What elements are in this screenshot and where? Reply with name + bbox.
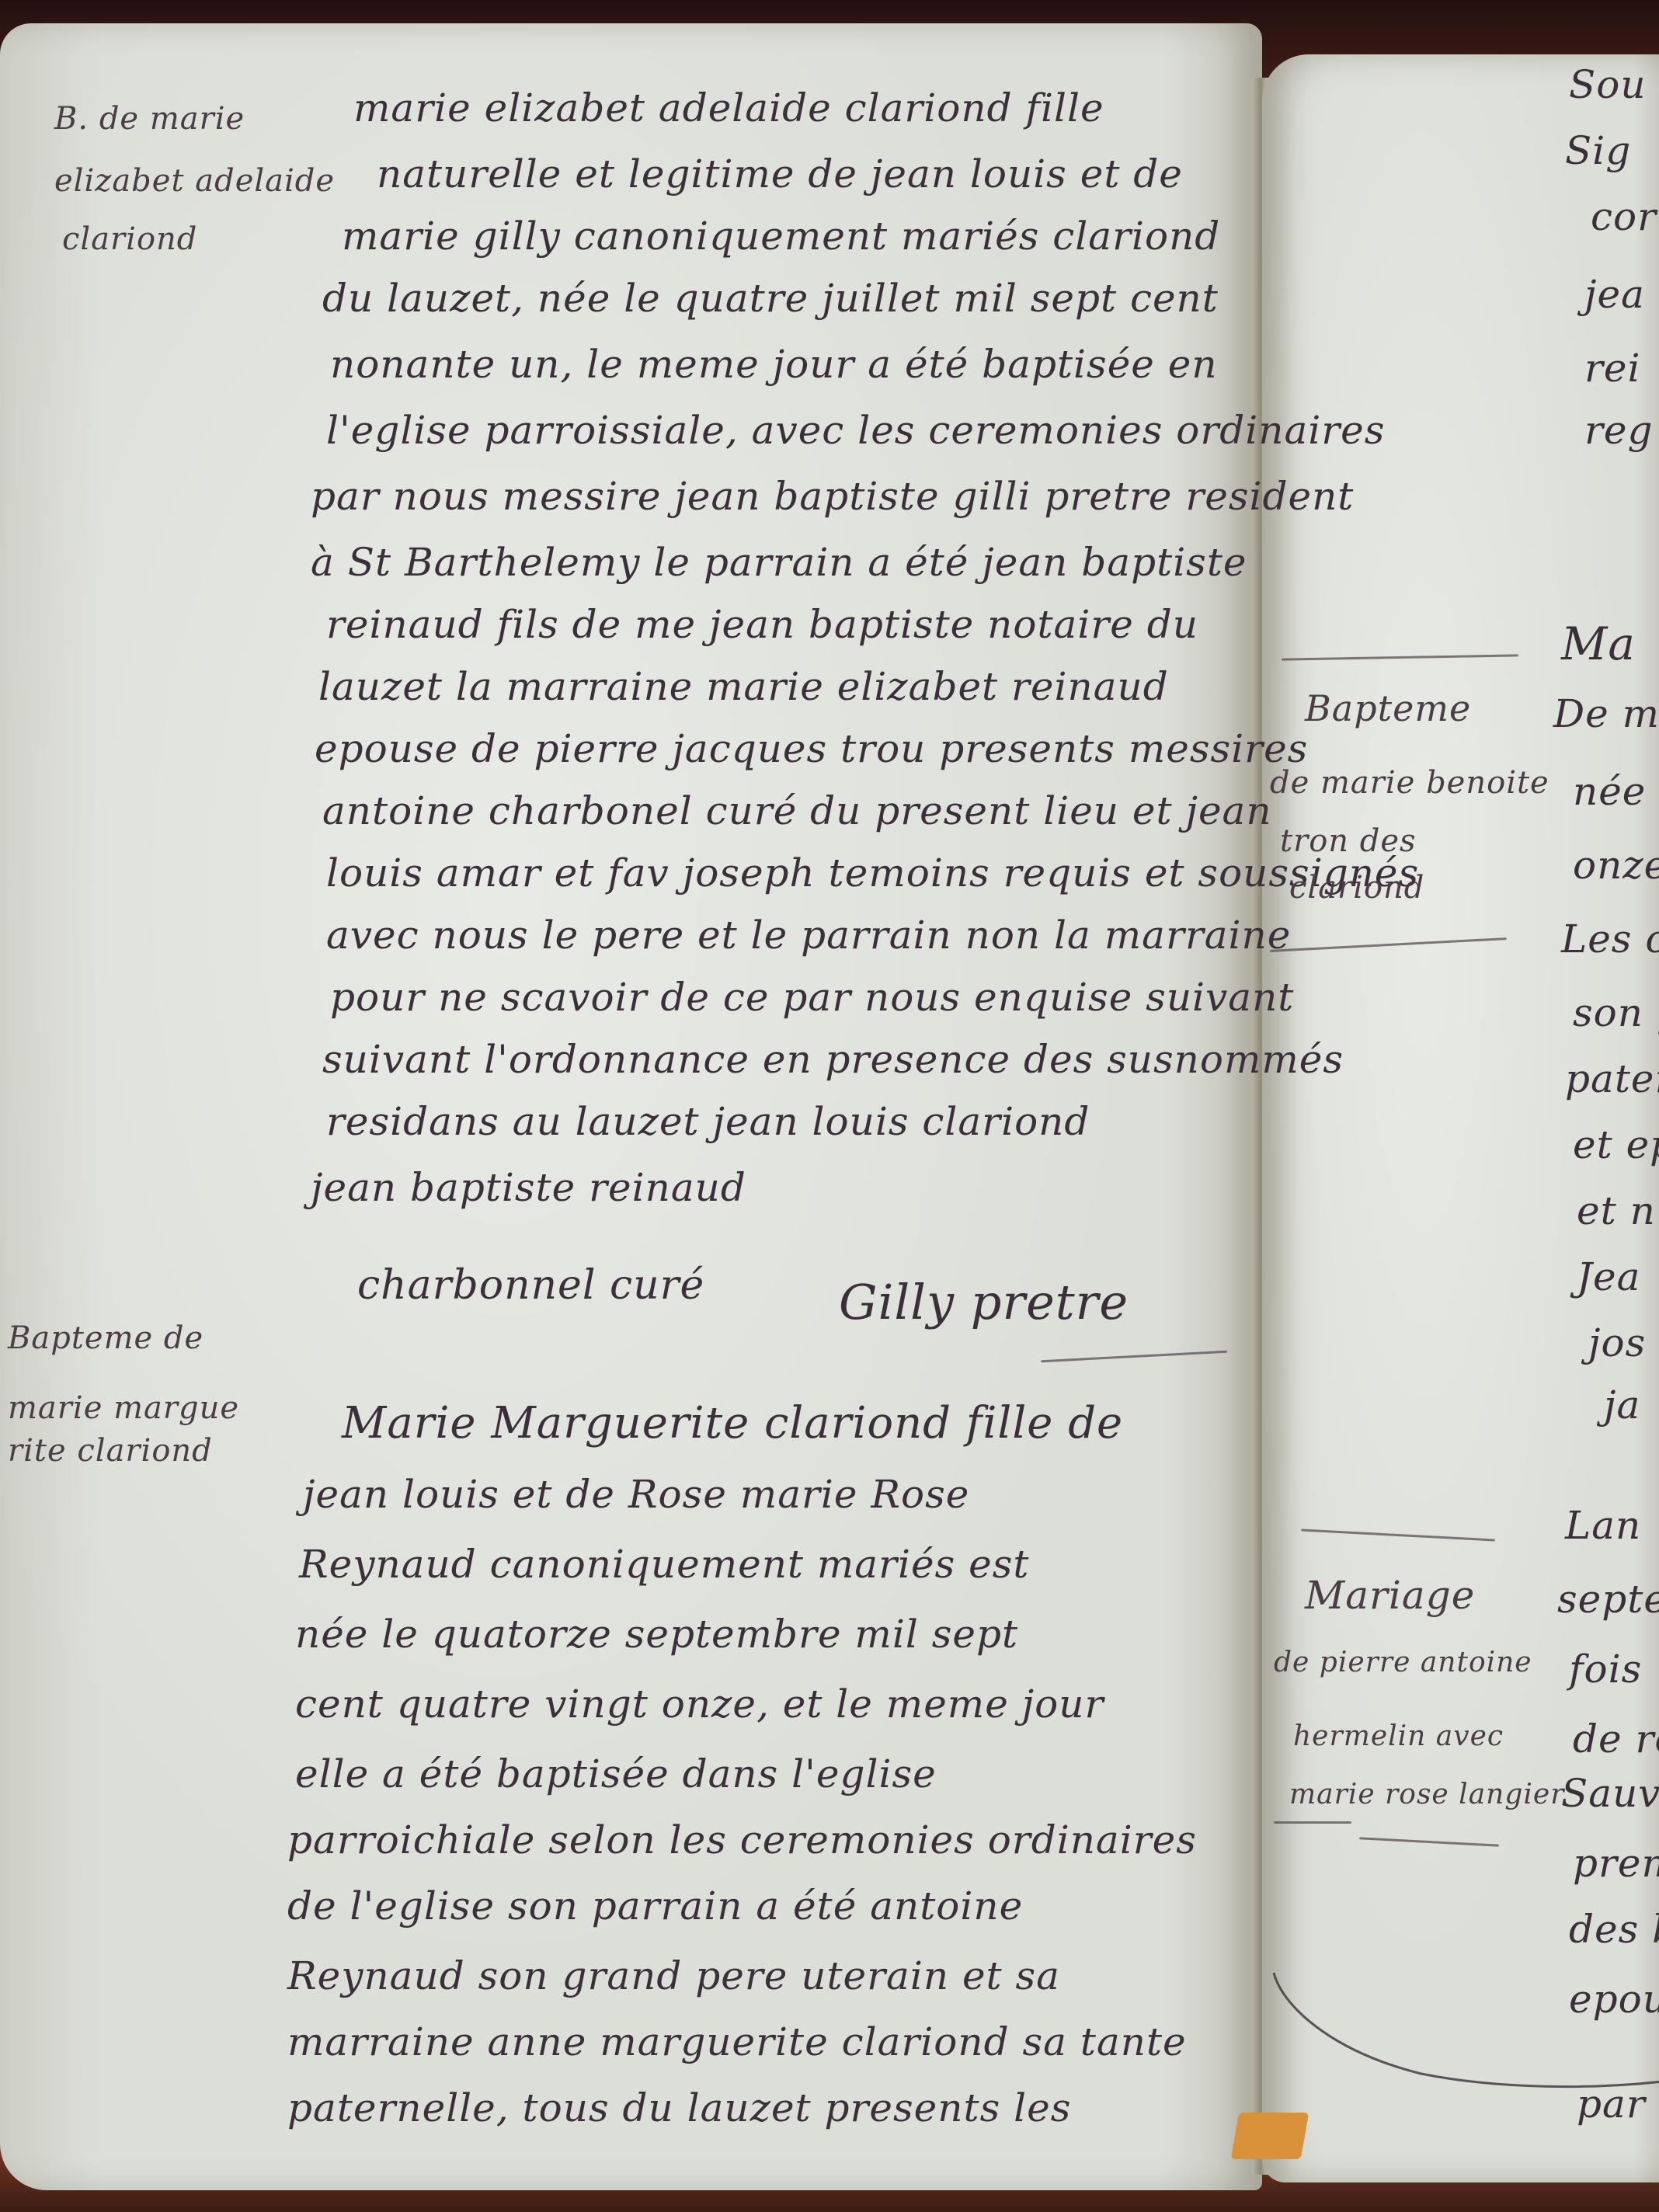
entry-1-line-6: l'eglise parroissiale, avec les ceremoni…	[326, 408, 1385, 453]
right-margin-note-2-line-4: marie rose langier	[1289, 1779, 1564, 1810]
entry-1-line-4: du lauzet, née le quatre juillet mil sep…	[322, 276, 1219, 321]
right-text-fragment: ja	[1604, 1382, 1640, 1428]
right-text-fragment: onze	[1573, 843, 1659, 888]
rule-line	[1274, 1821, 1351, 1824]
entry-1-line-11: epouse de pierre jacques trou presents m…	[315, 726, 1308, 771]
right-text-fragment: cor	[1591, 194, 1657, 239]
entry-2-line-3: Reynaud canoniquement mariés est	[299, 1542, 1030, 1587]
right-text-fragment: jos	[1588, 1320, 1646, 1365]
right-text-fragment: premi	[1573, 1841, 1659, 1886]
entry-1-line-2: naturelle et legitime de jean louis et d…	[377, 151, 1183, 197]
right-text-fragment: et n	[1577, 1188, 1656, 1233]
entry-2-line-1: Marie Marguerite clariond fille de	[342, 1398, 1123, 1449]
margin-note-2-line-3: rite clariond	[8, 1433, 213, 1469]
entry-1-line-9: reinaud fils de me jean baptiste notaire…	[326, 602, 1198, 647]
right-margin-note-2-line-2: de pierre antoine	[1274, 1647, 1532, 1678]
signature-gilly: Gilly pretre	[839, 1274, 1129, 1330]
signature-charbonnel: charbonnel curé	[357, 1262, 704, 1309]
right-margin-note-2-line-1: Mariage	[1305, 1573, 1475, 1618]
entry-1-line-16: suivant l'ordonnance en presence des sus…	[322, 1037, 1344, 1082]
right-text-fragment: jea	[1584, 272, 1645, 317]
right-text-fragment: septem	[1557, 1577, 1659, 1622]
entry-1-line-3: marie gilly canoniquement mariés clarion…	[342, 214, 1220, 259]
entry-1-line-18: jean baptiste reinaud	[311, 1165, 746, 1210]
right-text-fragment: Sauvan	[1561, 1771, 1659, 1816]
bookmark-tab	[1231, 2113, 1309, 2159]
entry-2-line-9: Reynaud son grand pere uterain et sa	[287, 1953, 1060, 1998]
entry-2-line-7: parroichiale selon les ceremonies ordina…	[287, 1817, 1197, 1862]
margin-note-1-line-2: elizabet adelaide	[54, 163, 335, 199]
margin-note-2-line-2: marie margue	[8, 1390, 239, 1426]
entry-2-line-8: de l'eglise son parrain a été antoine	[287, 1883, 1023, 1929]
closing-flourish-curve	[1266, 1957, 1659, 2113]
right-margin-note-1-line-1: Bapteme	[1305, 687, 1471, 729]
entry-2-line-10: marraine anne marguerite clariond sa tan…	[287, 2019, 1187, 2064]
entry-1-line-8: à St Barthelemy le parrain a été jean ba…	[311, 540, 1247, 585]
right-text-fragment: de re	[1573, 1716, 1659, 1762]
entry-2-line-4: née le quatorze septembre mil sept	[295, 1612, 1018, 1657]
right-margin-note-1-line-3: tron des	[1280, 823, 1417, 859]
right-text-fragment: Sou	[1569, 62, 1647, 107]
entry-2-line-2: jean louis et de Rose marie Rose	[303, 1472, 969, 1517]
entry-2-line-5: cent quatre vingt onze, et le meme jour	[295, 1682, 1104, 1727]
entry-1-line-13: louis amar et fav joseph temoins requis …	[326, 850, 1419, 896]
entry-2-line-6: elle a été baptisée dans l'eglise	[295, 1751, 937, 1796]
entry-1-line-10: lauzet la marraine marie elizabet reinau…	[318, 664, 1169, 709]
entry-1-line-15: pour ne scavoir de ce par nous enquise s…	[330, 975, 1294, 1020]
right-text-fragment: fois	[1569, 1647, 1642, 1692]
entry-2-line-11: paternelle, tous du lauzet presents les	[287, 2085, 1071, 2130]
right-text-fragment: De m	[1553, 691, 1659, 736]
right-text-fragment: pater	[1565, 1056, 1659, 1101]
entry-1-line-17: residans au lauzet jean louis clariond	[326, 1099, 1090, 1144]
margin-note-2-line-1: Bapteme de	[8, 1320, 203, 1356]
entry-1-line-1: marie elizabet adelaide clariond fille	[353, 85, 1104, 130]
entry-1-line-12: antoine charbonel curé du present lieu e…	[322, 788, 1272, 833]
entry-1-line-5: nonante un, le meme jour a été baptisée …	[330, 342, 1218, 387]
right-text-fragment: Les ce	[1561, 916, 1659, 962]
right-margin-note-2-line-3: hermelin avec	[1293, 1720, 1504, 1752]
right-margin-note-1-line-2: de marie benoite	[1270, 765, 1549, 801]
right-text-fragment: et ep	[1573, 1122, 1659, 1167]
right-text-fragment: des ba	[1569, 1907, 1659, 1952]
right-text-fragment: Jea	[1577, 1254, 1640, 1299]
right-text-fragment: reg	[1584, 408, 1654, 453]
margin-note-1-line-3: clariond	[62, 221, 197, 257]
right-text-fragment: née	[1573, 769, 1646, 814]
entry-1-line-7: par nous messire jean baptiste gilli pre…	[311, 474, 1354, 519]
right-text-fragment: rei	[1584, 346, 1640, 391]
right-text-fragment: Lan	[1565, 1503, 1641, 1548]
entry-1-line-14: avec nous le pere et le parrain non la m…	[326, 913, 1291, 958]
margin-note-1-line-1: B. de marie	[54, 101, 245, 137]
right-text-fragment: Ma	[1561, 617, 1636, 670]
right-margin-note-1-line-4: clariond	[1289, 870, 1424, 906]
right-text-fragment: son p	[1573, 990, 1659, 1035]
right-text-fragment: Sig	[1565, 128, 1631, 173]
